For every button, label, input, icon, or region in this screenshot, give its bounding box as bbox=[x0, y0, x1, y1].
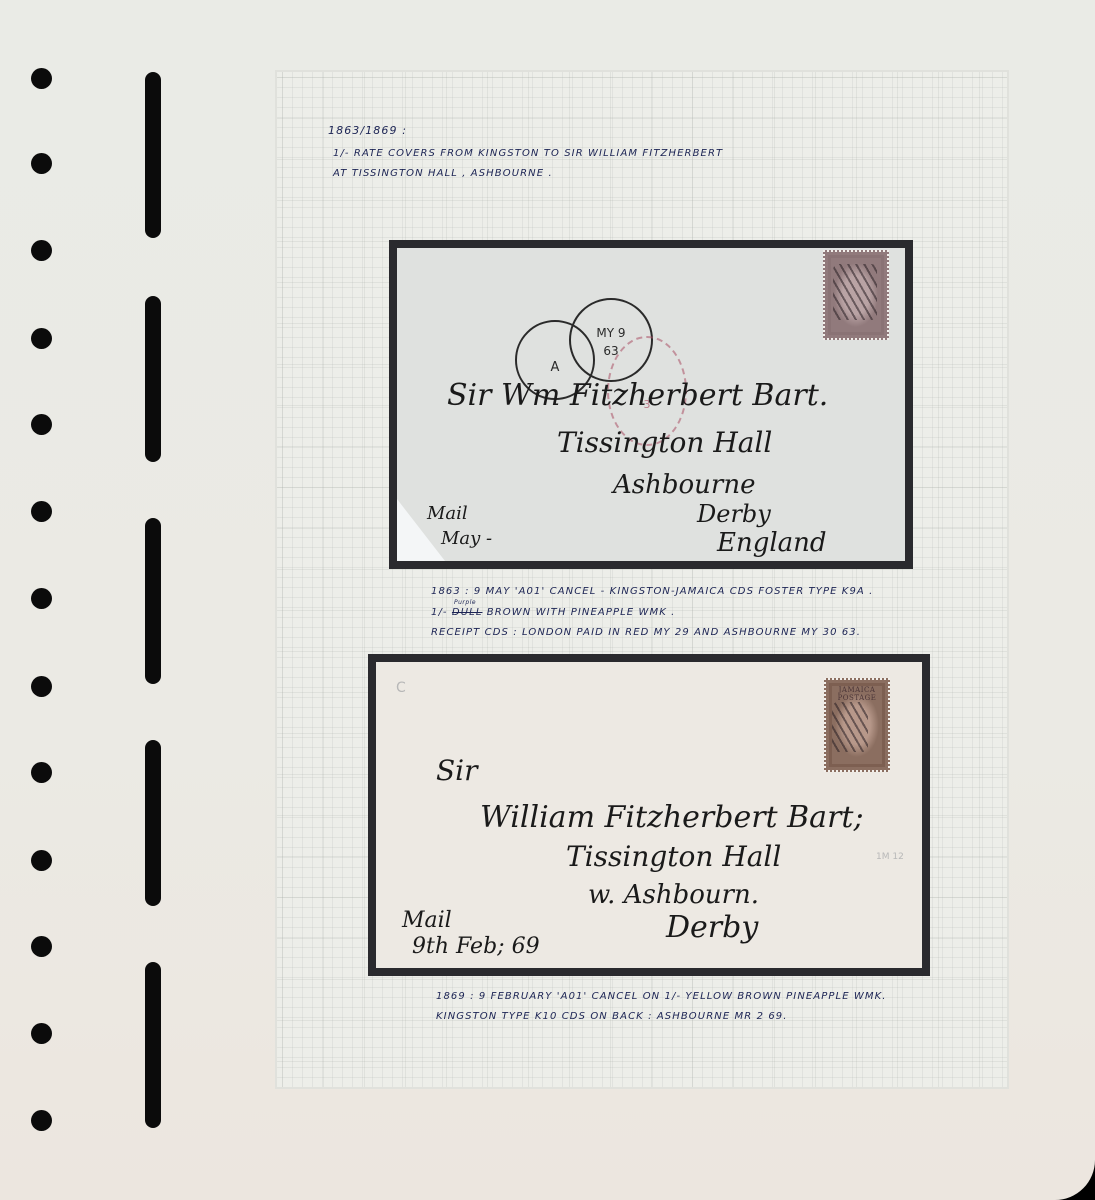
binder-slot bbox=[145, 518, 161, 684]
address-line: Sir Wm Fitzherbert Bart. bbox=[447, 378, 828, 413]
binder-hole bbox=[31, 762, 52, 783]
intro-line: 1/- Rate Covers from Kingston to Sir Wil… bbox=[333, 148, 723, 159]
address-line: Sir bbox=[436, 754, 478, 787]
address-line: Derby bbox=[666, 910, 758, 945]
cover-caption-line: 1863 : 9 May 'A01' Cancel - Kingston-Jam… bbox=[431, 586, 873, 597]
stamp-inscription: JAMAICA POSTAGE bbox=[826, 686, 888, 702]
binder-hole bbox=[31, 414, 52, 435]
binder-hole bbox=[31, 68, 52, 89]
address-line: William Fitzherbert Bart; bbox=[480, 800, 864, 835]
pencil-note: 1M 12 bbox=[876, 852, 904, 862]
binder-hole bbox=[31, 1110, 52, 1131]
cover-mount-1863: A MY 9 63 3 Sir Wm Fitzherbert Bart. Tis… bbox=[389, 240, 913, 569]
binder-hole bbox=[31, 936, 52, 957]
binder-hole bbox=[31, 588, 52, 609]
cover-mount-1869: C JAMAICA POSTAGE 1M 12 Sir William Fitz… bbox=[368, 654, 930, 976]
binder-hole bbox=[31, 1023, 52, 1044]
cover-caption-line: Receipt CDS : London Paid In Red My 29 A… bbox=[431, 627, 861, 638]
docket-line: 9th Feb; 69 bbox=[412, 934, 540, 959]
page-heading: 1863/1869 : bbox=[328, 124, 407, 137]
address-line: Tissington Hall bbox=[557, 426, 772, 459]
caption-correction-inserted: Purple bbox=[454, 599, 476, 606]
cover-envelope-1863: A MY 9 63 3 Sir Wm Fitzherbert Bart. Tis… bbox=[397, 248, 905, 561]
a01-cancel-mark bbox=[832, 702, 868, 752]
pencil-note: C bbox=[396, 680, 406, 696]
docket-line: Mail bbox=[427, 503, 468, 524]
binder-hole bbox=[31, 501, 52, 522]
intro-line: At Tissington Hall , Ashbourne . bbox=[333, 168, 553, 179]
binder-slot bbox=[145, 72, 161, 238]
docket-line: Mail bbox=[402, 908, 452, 933]
caption-prefix: 1/- bbox=[431, 607, 452, 618]
cover-envelope-1869: C JAMAICA POSTAGE 1M 12 Sir William Fitz… bbox=[376, 662, 922, 968]
stamp-1863 bbox=[823, 250, 889, 340]
binder-hole bbox=[31, 850, 52, 871]
docket-line: May - bbox=[441, 528, 492, 549]
binder-slot bbox=[145, 296, 161, 462]
binder-hole bbox=[31, 328, 52, 349]
caption-correction-struck: Dull bbox=[452, 607, 483, 618]
binder-hole bbox=[31, 676, 52, 697]
binder-hole bbox=[31, 153, 52, 174]
address-line: Ashbourne bbox=[613, 470, 755, 500]
album-page: 1863/1869 : 1/- Rate Covers from Kingsto… bbox=[0, 0, 1095, 1200]
cover-caption-line: Kingston Type K10 CDS on Back : Ashbourn… bbox=[436, 1011, 788, 1022]
cover-caption-line: 1869 : 9 February 'A01' Cancel on 1/- Ye… bbox=[436, 991, 887, 1002]
address-line: Tissington Hall bbox=[566, 840, 781, 873]
binder-slot bbox=[145, 962, 161, 1128]
a01-cancel-mark bbox=[833, 264, 877, 320]
address-line: England bbox=[717, 528, 827, 558]
cover-caption-line: 1/- Dull Brown With Pineapple Wmk . bbox=[431, 607, 675, 618]
binder-hole bbox=[31, 240, 52, 261]
stamp-1869: JAMAICA POSTAGE bbox=[824, 678, 890, 772]
binder-slot bbox=[145, 740, 161, 906]
address-line: Derby bbox=[697, 500, 771, 528]
address-line: w. Ashbourn. bbox=[588, 880, 759, 910]
caption-rest: Brown With Pineapple Wmk . bbox=[482, 607, 675, 618]
